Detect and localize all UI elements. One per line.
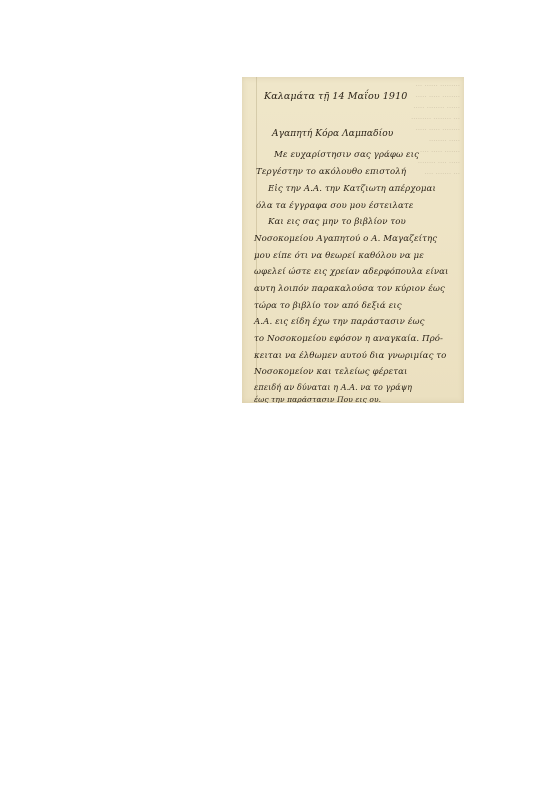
letter-page: ········· ······ ··········· ····· ·····… bbox=[242, 77, 464, 403]
letter-line: μου είπε ότι να θεωρεί καθόλου να με bbox=[254, 251, 424, 261]
letter-line: Α.Α. εις είδη έχω την παράστασιν έως bbox=[254, 317, 425, 327]
letter-line: επειδή αν δύναται η Α.Α. να το γράψη bbox=[254, 383, 412, 392]
letter-line: τώρα το βιβλίο τον από δεξιά εις bbox=[254, 301, 402, 311]
letter-date-line: Καλαμάτα τῇ 14 Μαΐου 1910 bbox=[264, 91, 407, 102]
letter-line: κειται να έλθωμεν αυτού δια γνωριμίας το bbox=[254, 351, 446, 361]
letter-line: Νοσοκομείου Αγαπητού ο Α. Μαγαζείτης bbox=[254, 234, 437, 244]
letter-line: το Νοσοκομείου εφόσον η αναγκαία. Πρό- bbox=[254, 334, 443, 344]
letter-line: Νοσοκομείον και τελείως φέρεται bbox=[254, 367, 407, 377]
letter-line: Με ευχαρίστησιν σας γράφω εις bbox=[274, 150, 419, 160]
letter-line: αυτη λοιπόν παρακαλούσα τον κύριον έως bbox=[254, 284, 445, 294]
letter-line: Τεργέστην το ακόλουθο επιστολή bbox=[256, 167, 406, 177]
letter-salutation: Αγαπητή Κόρα Λαμπαδίου bbox=[272, 129, 393, 139]
ink-bleed-through: ········· ······ ··········· ····· ·····… bbox=[400, 81, 460, 191]
letter-line: Εἰς την Α.Α. την Κατζιωτη απέρχομαι bbox=[268, 184, 436, 194]
letter-line: Και εις σας μην το βιβλίον του bbox=[268, 217, 406, 227]
letter-line: όλα τα έγγραφα σου μου έστειλατε bbox=[256, 201, 413, 211]
letter-line: ωφελεί ώστε εις χρείαν αδερφόπουλα είναι bbox=[254, 267, 449, 277]
